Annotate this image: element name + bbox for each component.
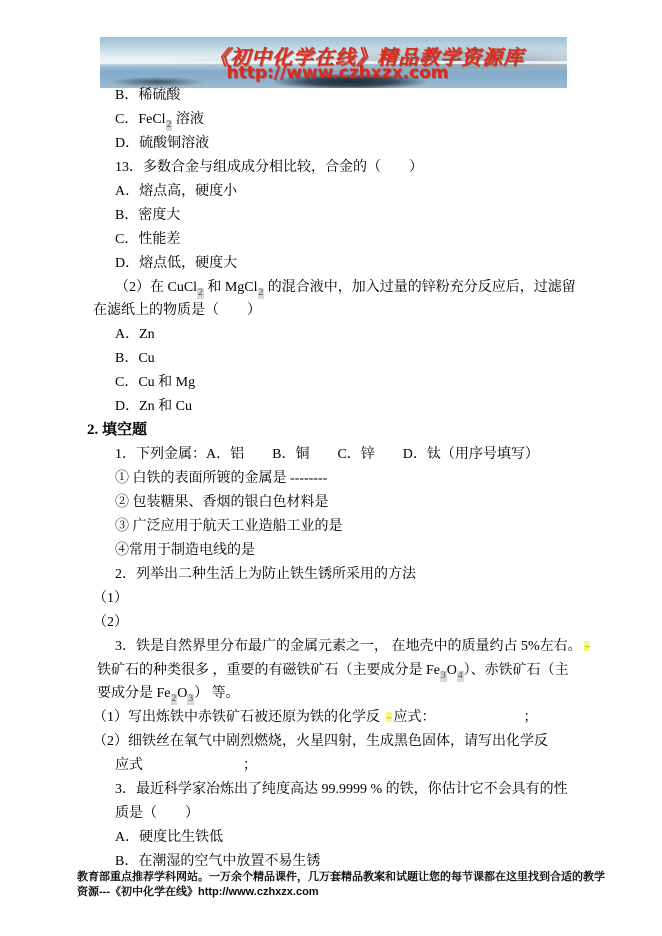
- text-run: O: [177, 686, 187, 701]
- text-run: C．性能差: [115, 232, 180, 247]
- q13-option-c: C．性能差: [85, 228, 591, 252]
- q12-option-c: C．FeCl2 溶液: [85, 108, 591, 132]
- text-run: 的混合液中，加入过量的锌粉充分反应后，过滤留: [264, 280, 576, 295]
- q13-option-d: D．熔点低，硬度大: [85, 252, 591, 276]
- text-run: B．密度大: [115, 208, 180, 223]
- text-run: D．硫酸铜溶液: [115, 136, 209, 151]
- section-2-heading: 2. 填空题: [85, 419, 591, 443]
- banner-url: http://www.czhxzx.com: [226, 63, 448, 83]
- text-run: ③ 广泛应用于航天工业造船工业的是: [115, 519, 343, 534]
- text-run: （1）写出炼铁中赤铁矿石被还原为铁的化学反: [93, 710, 384, 725]
- chemical-subscript: 2: [197, 288, 204, 299]
- fill-q2-blank1: （1）: [85, 587, 591, 611]
- footer: 教育部重点推荐学科网站。一万余个精品课件，几万套精品教案和试题让您的每节课都在这…: [77, 870, 589, 900]
- text-run: （1）: [93, 591, 128, 606]
- text-run: 质是（ ）: [115, 806, 199, 821]
- chemical-subscript: 3: [440, 671, 447, 682]
- q13-stem: 13．多数合金与组成成分相比较，合金的（ ）: [85, 156, 591, 180]
- fill-q3b-stem-line2: 质是（ ）: [85, 802, 591, 826]
- footer-line2: 资源---《初中化学在线》http://www.czhxzx.com: [77, 885, 589, 900]
- text-run: （2）在 CuCl: [115, 280, 197, 295]
- text-run: D．Zn 和 Cu: [115, 399, 192, 414]
- fill-q3b-option-a: A．硬度比生铁低: [85, 826, 591, 850]
- text-run: ① 白铁的表面所镀的金属是 --------: [115, 471, 327, 486]
- text-run: A．硬度比生铁低: [115, 830, 223, 845]
- text-run: C．Cu 和 Mg: [115, 375, 195, 390]
- fill-q3-sub1: （1）写出炼铁中赤铁矿石被还原为铁的化学反 --应式：；: [85, 706, 591, 730]
- q2-option-c: C．Cu 和 Mg: [85, 371, 591, 395]
- q2-option-d: D．Zn 和 Cu: [85, 395, 591, 419]
- document-body: B．稀硫酸C．FeCl2 溶液D．硫酸铜溶液13．多数合金与组成成分相比较，合金…: [85, 84, 591, 874]
- text-run: B．在潮湿的空气中放置不易生锈: [115, 854, 320, 869]
- text-run: （2）: [93, 615, 128, 630]
- text-run: 应式: [115, 758, 143, 773]
- fill-q1-sub3: ③ 广泛应用于航天工业造船工业的是: [85, 515, 591, 539]
- text-run: （2）细铁丝在氧气中剧烈燃烧，火星四射，生成黑色固体，请写出化学反: [93, 734, 548, 749]
- fill-q1-sub4: ④常用于制造电线的是: [85, 539, 591, 563]
- text-run: ）、赤铁矿石（主: [464, 663, 569, 678]
- fill-q2-stem: 2．列举出二种生活上为防止铁生锈所采用的方法: [85, 563, 591, 587]
- text-run: 13．多数合金与组成成分相比较，合金的（ ）: [115, 160, 423, 175]
- q2-stem-line1: （2）在 CuCl2 和 MgCl2 的混合液中，加入过量的锌粉充分反应后，过滤…: [85, 276, 591, 300]
- text-run: 在滤纸上的物质是（ ）: [93, 303, 261, 318]
- text-run: D．熔点低，硬度大: [115, 256, 237, 271]
- text-run: B．稀硫酸: [115, 88, 180, 103]
- text-run: C．FeCl: [115, 112, 166, 127]
- text-run: 要成分是 Fe: [97, 686, 171, 701]
- fill-q1-sub1: ① 白铁的表面所镀的金属是 --------: [85, 467, 591, 491]
- text-run: 1．下列金属：A．铝 B．铜 C．锌 D．钛（用序号填写）: [115, 447, 539, 462]
- fill-q3b-stem-line1: 3．最近科学家冶炼出了纯度高达 99.9999 % 的铁，你估计它不会具有的性: [85, 778, 591, 802]
- text-run: 铁矿石的种类很多 ，重要的有磁铁矿石（主要成分是 Fe: [97, 663, 440, 678]
- text-run: A．熔点高，硬度小: [115, 184, 237, 199]
- fill-q3-stem-line1: 3．铁是自然界里分布最广的金属元素之一， 在地壳中的质量约占 5%左右。--: [85, 635, 591, 659]
- q12-option-b: B．稀硫酸: [85, 84, 591, 108]
- text-run: ；: [243, 758, 257, 773]
- footer-line1: 教育部重点推荐学科网站。一万余个精品课件，几万套精品教案和试题让您的每节课都在这…: [77, 870, 589, 885]
- text-run: 和 MgCl: [204, 280, 258, 295]
- fill-q3-sub2-line1: （2）细铁丝在氧气中剧烈燃烧，火星四射，生成黑色固体，请写出化学反: [85, 730, 591, 754]
- text-run: 2．列举出二种生活上为防止铁生锈所采用的方法: [115, 567, 416, 582]
- text-run: 应式：: [394, 710, 436, 725]
- text-run: 溶液: [172, 112, 204, 127]
- text-run: 3．铁是自然界里分布最广的金属元素之一， 在地壳中的质量约占 5%左右。: [115, 639, 582, 654]
- text-run: 2. 填空题: [87, 422, 147, 438]
- text-run: ② 包装糖果、香烟的银白色材料是: [115, 495, 329, 510]
- fill-q1-stem: 1．下列金属：A．铝 B．铜 C．锌 D．钛（用序号填写）: [85, 443, 591, 467]
- text-run: ） 等。: [194, 686, 240, 701]
- fill-q3-stem-line3: 要成分是 Fe2O3） 等。: [85, 682, 591, 706]
- q2-stem-line2: 在滤纸上的物质是（ ）: [85, 299, 591, 323]
- text-run: B．Cu: [115, 351, 155, 366]
- q2-option-b: B．Cu: [85, 347, 591, 371]
- fill-q1-sub2: ② 包装糖果、香烟的银白色材料是: [85, 491, 591, 515]
- q13-option-a: A．熔点高，硬度小: [85, 180, 591, 204]
- fill-q2-blank2: （2）: [85, 611, 591, 635]
- comment-highlight-mark: --: [386, 712, 392, 722]
- chemical-subscript: 4: [457, 671, 464, 682]
- text-run: ；: [524, 710, 538, 725]
- fill-q3-stem-line2: 铁矿石的种类很多 ，重要的有磁铁矿石（主要成分是 Fe3O4）、赤铁矿石（主: [85, 659, 591, 683]
- comment-highlight-mark: --: [584, 641, 590, 651]
- text-run: A．Zn: [115, 327, 155, 342]
- text-run: O: [447, 663, 457, 678]
- header-banner-image: 《初中化学在线》精品教学资源库 http://www.czhxzx.com: [100, 37, 567, 88]
- text-run: 3．最近科学家冶炼出了纯度高达 99.9999 % 的铁，你估计它不会具有的性: [115, 782, 568, 797]
- fill-q3-sub2-line2: 应式；: [85, 754, 591, 778]
- q12-option-d: D．硫酸铜溶液: [85, 132, 591, 156]
- text-run: ④常用于制造电线的是: [115, 543, 255, 558]
- q2-option-a: A．Zn: [85, 323, 591, 347]
- q13-option-b: B．密度大: [85, 204, 591, 228]
